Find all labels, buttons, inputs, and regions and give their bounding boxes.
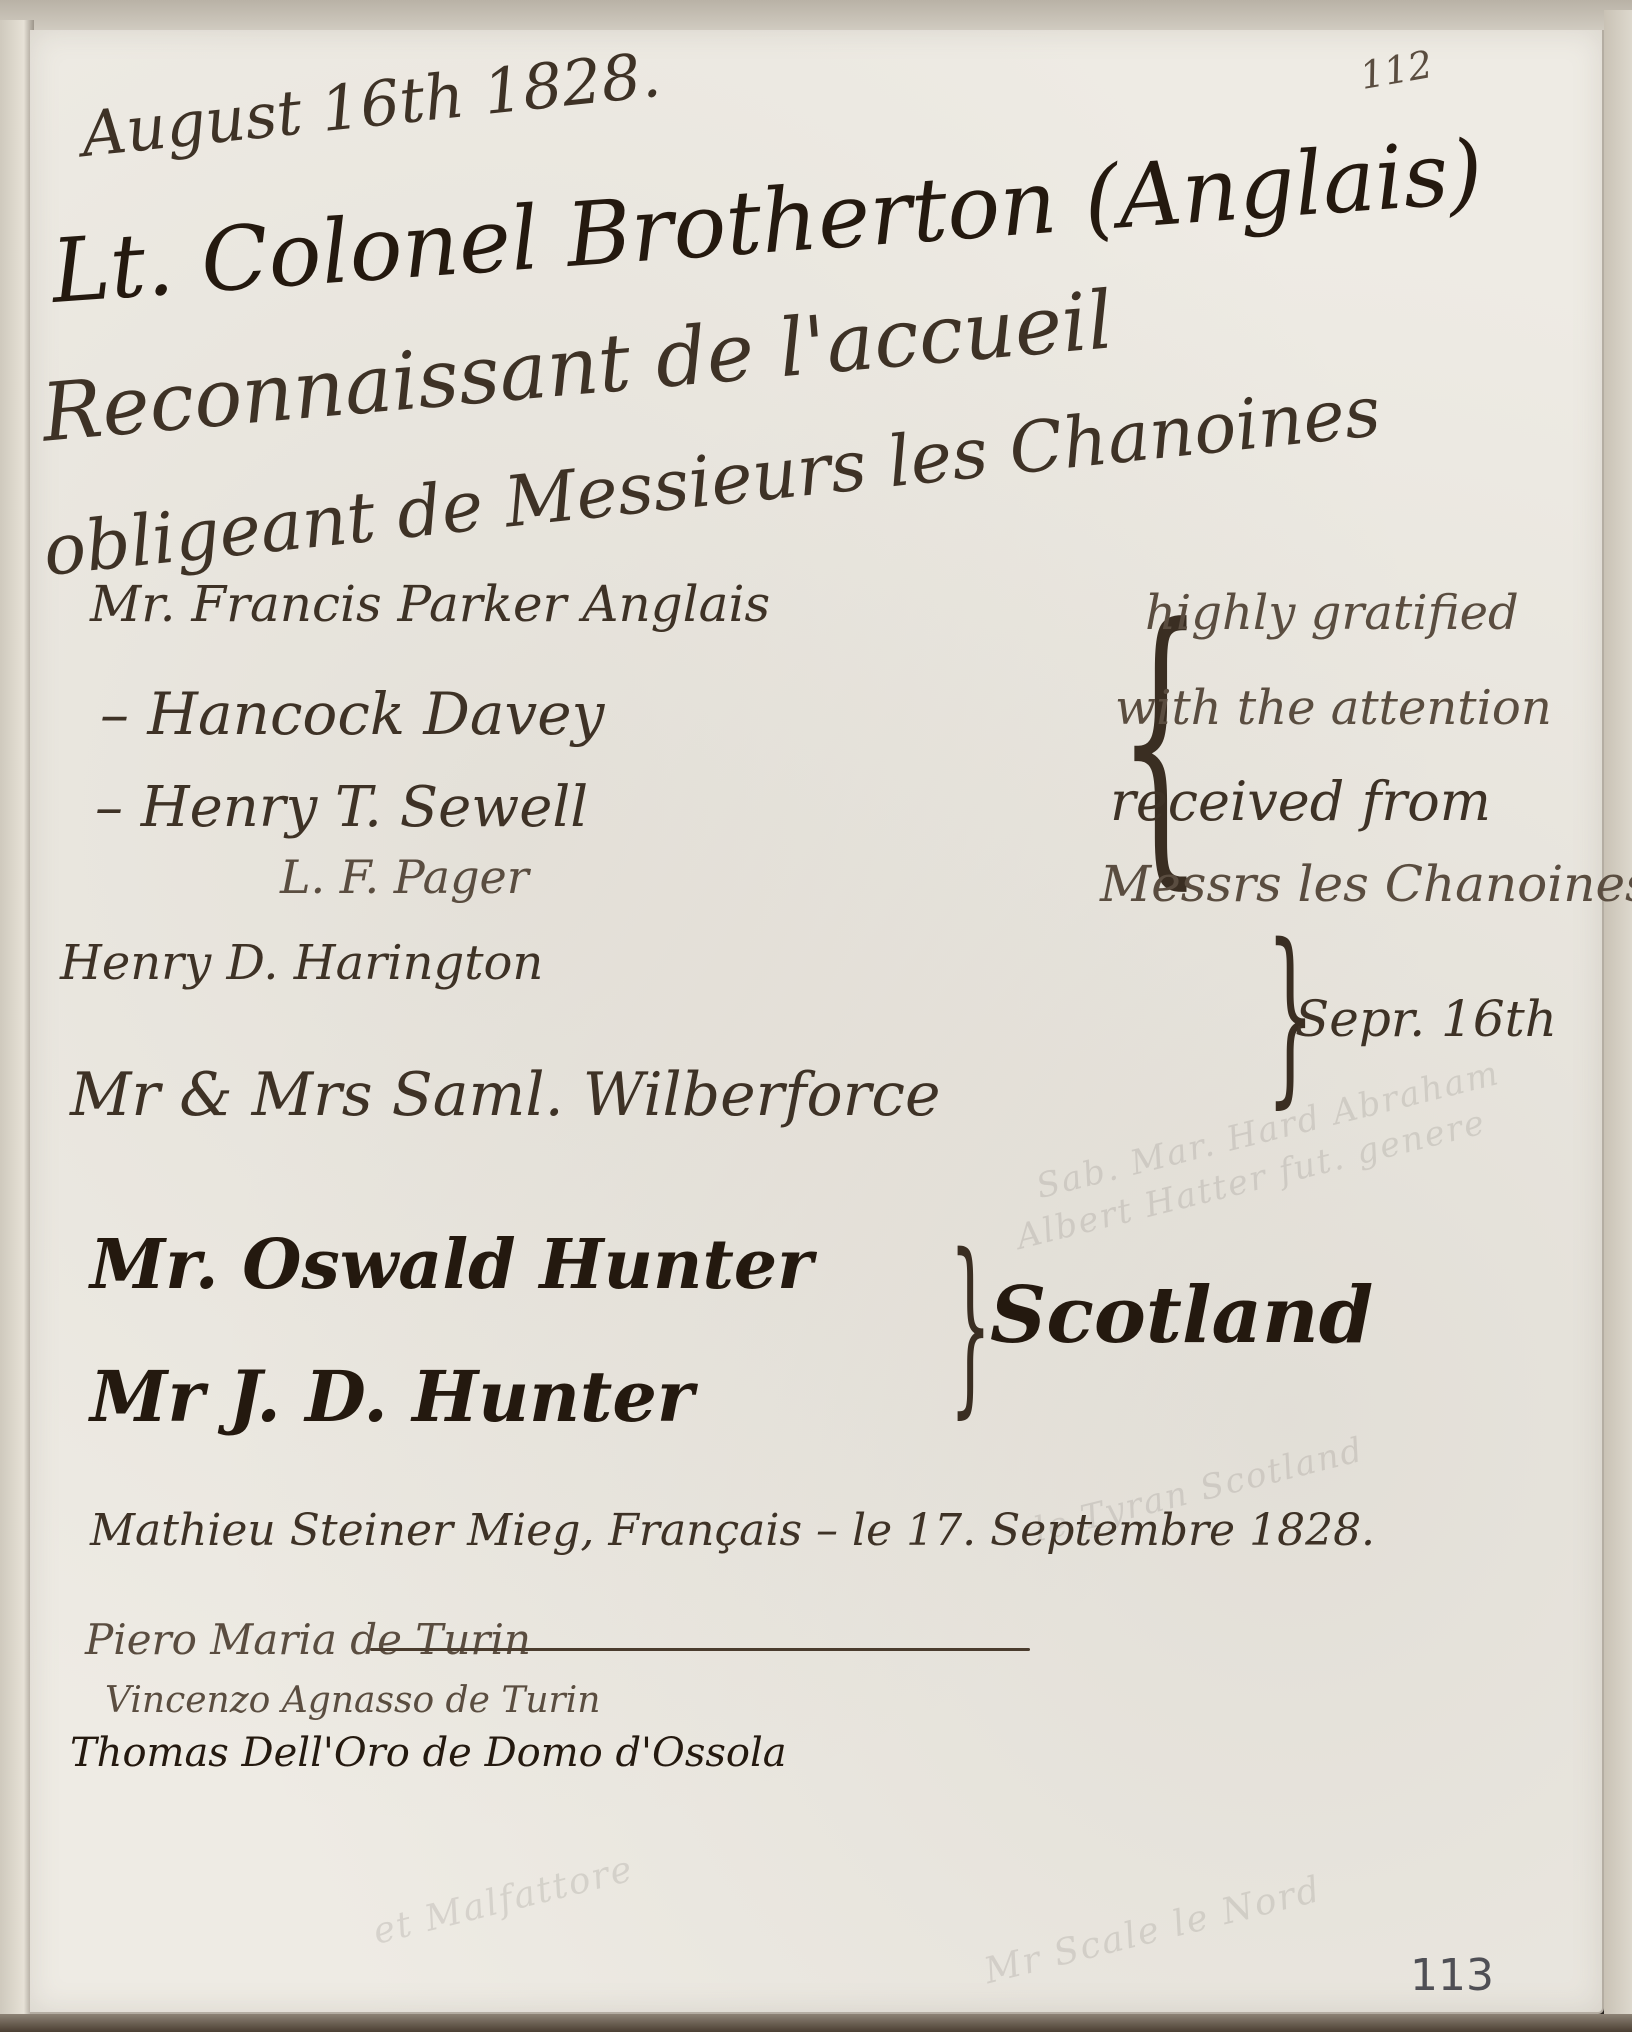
signature-hancock-davey: – Hancock Davey <box>100 680 604 748</box>
note-line: with the attention <box>1115 680 1552 736</box>
bleed-through-text: et Malfattore <box>369 1848 638 1952</box>
note-line: received from <box>1110 770 1491 833</box>
signature-francis-parker: Mr. Francis Parker Anglais <box>90 575 770 633</box>
signature-thomas-dell-oro: Thomas Dell'Oro de Domo d'Ossola <box>70 1730 787 1776</box>
bleed-through-text: Mr Scale le Nord <box>980 1869 1325 1992</box>
note-line: Messrs les Chanoines <box>1100 855 1632 913</box>
note-date: Sepr. 16th <box>1295 990 1557 1048</box>
origin-scotland: Scotland <box>990 1270 1373 1361</box>
book-bottom-edge <box>0 2014 1632 2032</box>
folio-number-pencil: 113 <box>1410 1950 1494 2001</box>
left-page-edge <box>0 20 34 2020</box>
entry-date-header: August 16th 1828. <box>78 38 664 171</box>
signature-vincenzo-agnasso: Vincenzo Agnasso de Turin <box>105 1680 600 1721</box>
signature-piero-maria: Piero Maria de Turin <box>85 1615 531 1664</box>
signature-henry-sewell: – Henry T. Sewell <box>95 775 588 840</box>
signature-pager: L. F. Pager <box>280 850 529 904</box>
signature-henry-harington: Henry D. Harington <box>60 935 543 991</box>
folio-number-ink: 112 <box>1357 42 1436 98</box>
note-line: highly gratified <box>1145 585 1519 641</box>
bracket-brace-icon: } <box>949 1230 991 1420</box>
underline-rule <box>370 1648 1030 1651</box>
signature-wilberforce: Mr & Mrs Saml. Wilberforce <box>70 1060 940 1130</box>
right-page-edge <box>1604 10 1632 2020</box>
signature-jd-hunter: Mr J. D. Hunter <box>90 1355 694 1438</box>
signature-mathieu-steiner-mieg: Mathieu Steiner Mieg, Français – le 17. … <box>90 1505 1375 1556</box>
signature-oswald-hunter: Mr. Oswald Hunter <box>90 1225 813 1305</box>
manuscript-page: Sab. Mar. Hard Abraham Albert Hatter fut… <box>30 30 1604 2014</box>
